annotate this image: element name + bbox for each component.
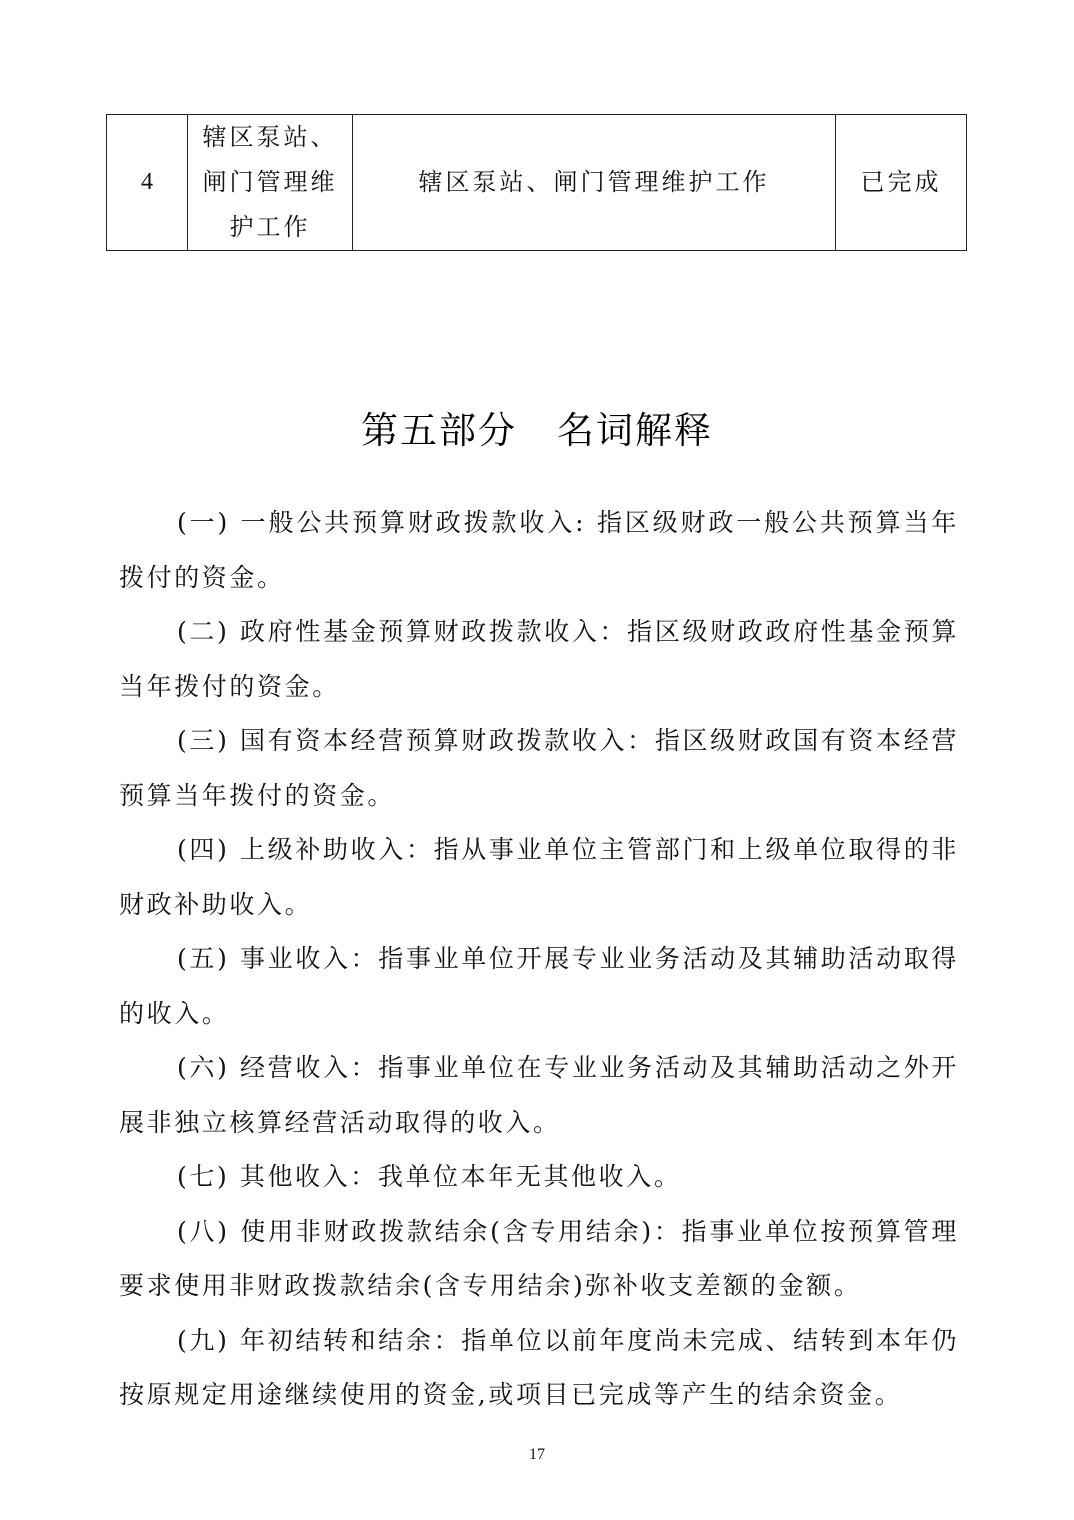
definition-item: (九) 年初结转和结余：指单位以前年度尚未完成、结转到本年仍按原规定用途继续使用… [119,1314,959,1423]
row-index: 4 [107,115,188,251]
item-name-line: 闸门管理维 [188,160,352,205]
definition-item: (四) 上级补助收入：指从事业单位主管部门和上级单位取得的非财政补助收入。 [119,823,959,932]
definitions-list: (一) 一般公共预算财政拨款收入: 指区级财政一般公共预算当年拨付的资金。 (二… [119,496,959,1423]
item-name-line: 辖区泵站、 [188,115,352,160]
section-heading: 名词解释 [557,409,713,452]
row-content: 辖区泵站、闸门管理维护工作 [353,115,836,251]
definition-item: (二) 政府性基金预算财政拨款收入：指区级财政政府性基金预算当年拨付的资金。 [119,605,959,714]
definition-item: (六) 经营收入：指事业单位在专业业务活动及其辅助活动之外开展非独立核算经营活动… [119,1041,959,1150]
definition-item: (一) 一般公共预算财政拨款收入: 指区级财政一般公共预算当年拨付的资金。 [119,496,959,605]
page-number: 17 [0,1446,1074,1464]
definition-item: (七) 其他收入：我单位本年无其他收入。 [119,1150,959,1205]
definition-item: (五) 事业收入：指事业单位开展专业业务活动及其辅助活动取得的收入。 [119,932,959,1041]
project-table: 4 辖区泵站、 闸门管理维 护工作 辖区泵站、闸门管理维护工作 已完成 [106,114,967,251]
row-item-name: 辖区泵站、 闸门管理维 护工作 [188,115,353,251]
definition-item: (八) 使用非财政拨款结余(含专用结余)：指事业单位按预算管理要求使用非财政拨款… [119,1205,959,1314]
section-title: 第五部分名词解释 [0,400,1074,454]
table-row: 4 辖区泵站、 闸门管理维 护工作 辖区泵站、闸门管理维护工作 已完成 [107,115,967,251]
row-status: 已完成 [836,115,967,251]
definition-item: (三) 国有资本经营预算财政拨款收入：指区级财政国有资本经营预算当年拨付的资金。 [119,714,959,823]
section-part: 第五部分 [361,409,517,452]
item-name-line: 护工作 [188,205,352,250]
